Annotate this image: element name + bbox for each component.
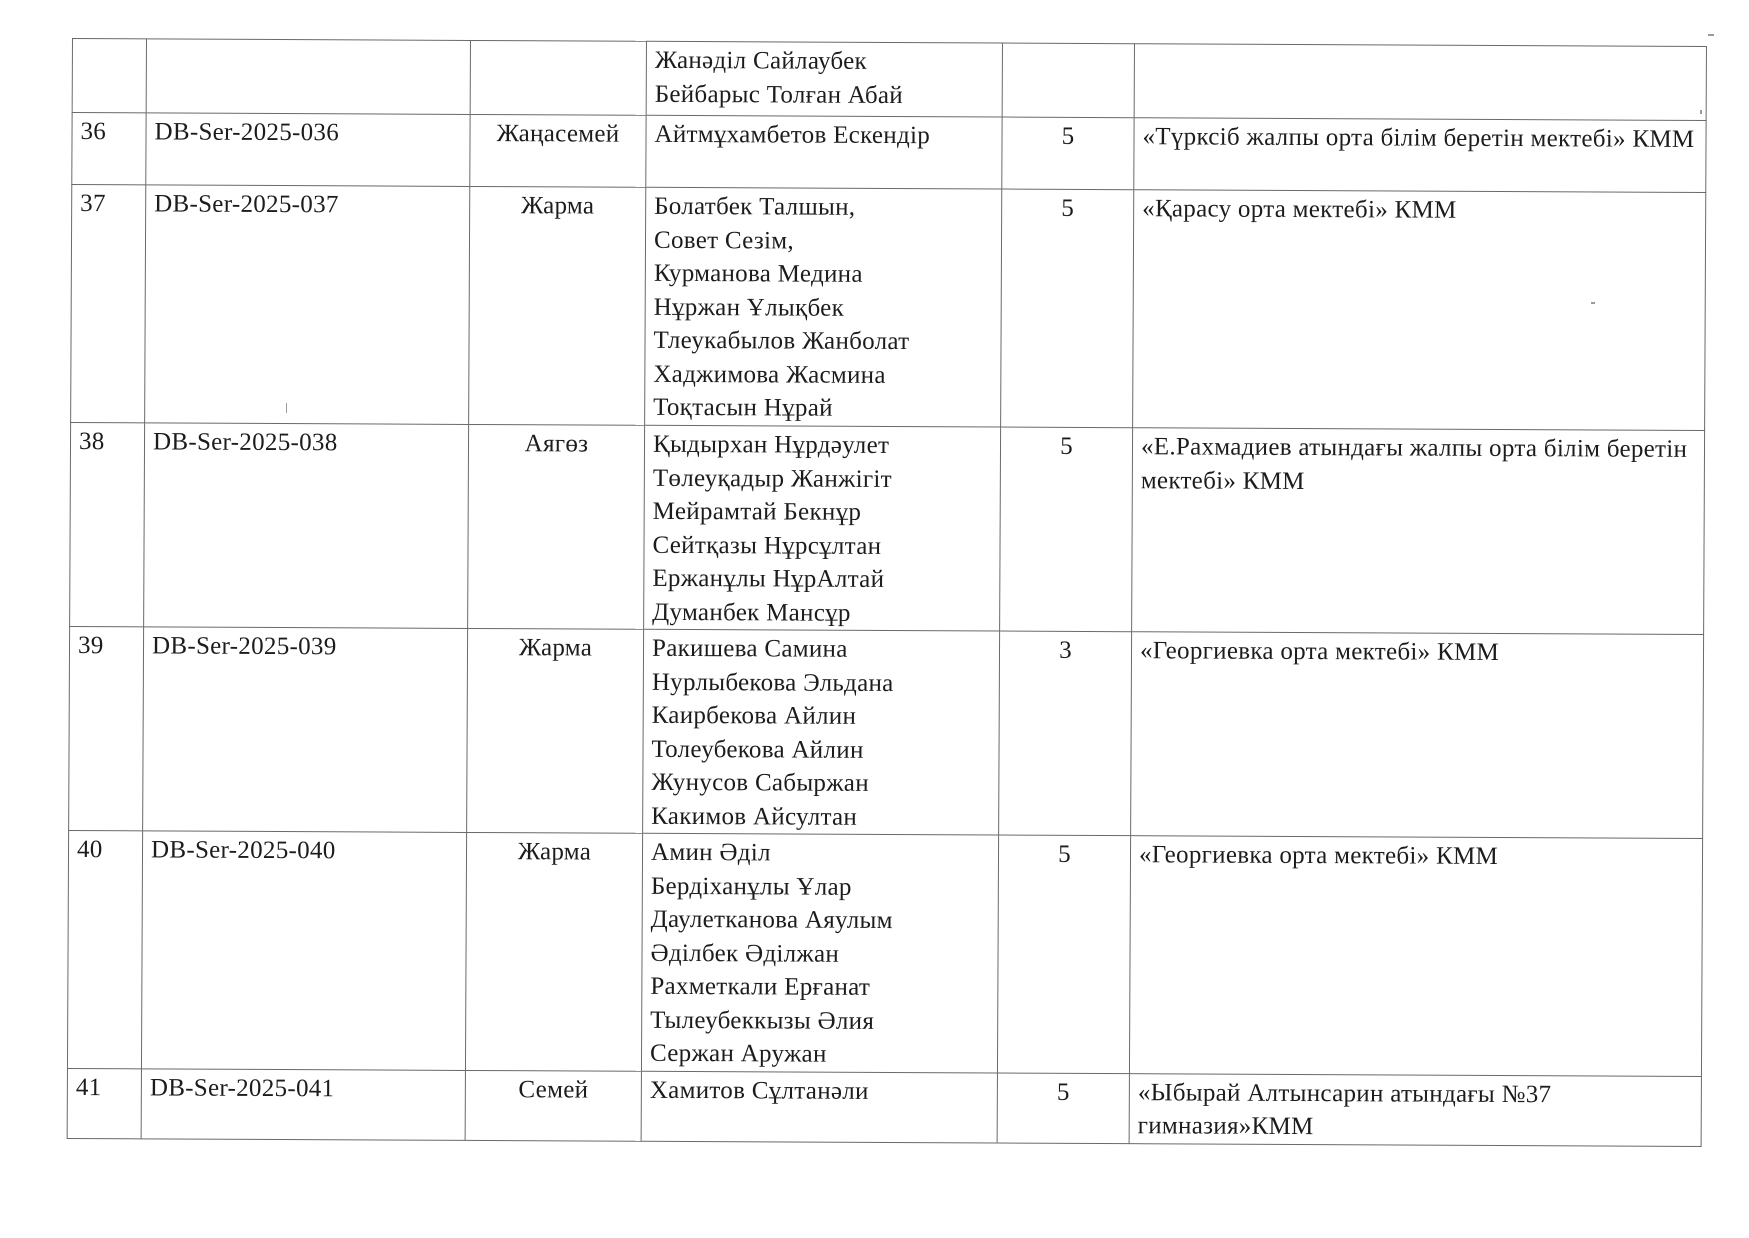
- participant-name: Хамитов Сұлтанәли: [650, 1073, 989, 1108]
- registration-code-cell: [146, 39, 470, 115]
- scan-speck: [286, 403, 287, 413]
- participant-name: Жанәділ Сайлаубек: [655, 44, 994, 79]
- participant-name: Айтмұхамбетов Ескендір: [654, 118, 993, 153]
- participant-name: Бердіханұлы Ұлар: [651, 869, 990, 904]
- participants-cell: Қыдырхан НұрдәулетТөлеуқадыр ЖанжігітМей…: [644, 425, 1001, 631]
- district-cell: Аягөз: [468, 424, 645, 629]
- school-cell: «Георгиевка орта мектебі» КММ: [1131, 632, 1704, 839]
- count-cell: 5: [997, 835, 1130, 1073]
- participant-name: Мейрамтай Бекнұр: [653, 495, 992, 530]
- participant-name: Совет Сезім,: [654, 223, 993, 258]
- table-row: 36DB-Ser-2025-036ЖаңасемейАйтмұхамбетов …: [72, 113, 1706, 193]
- row-number-cell: 37: [71, 185, 146, 423]
- row-number-cell: 38: [70, 422, 145, 626]
- participant-name: Нұржан Ұлықбек: [654, 290, 993, 325]
- row-number-cell: 41: [67, 1068, 141, 1138]
- registration-code-cell: DB-Ser-2025-036: [146, 113, 470, 187]
- table-row: 40DB-Ser-2025-040ЖармаАмин ӘділБердіханұ…: [67, 830, 1702, 1075]
- participant-name: Ракишева Самина: [652, 632, 991, 667]
- participant-name: Даулетканова Аяулым: [651, 903, 990, 938]
- registration-code-cell: DB-Ser-2025-041: [141, 1068, 465, 1140]
- count-cell: [1002, 43, 1134, 118]
- participant-name: Нурлыбекова Эльдана: [652, 665, 991, 700]
- scan-speck: [1700, 110, 1702, 114]
- participant-name: Сержан Аружан: [650, 1037, 989, 1072]
- district-cell: [470, 40, 646, 115]
- participant-name: Тлеукабылов Жанболат: [653, 324, 992, 359]
- participant-name: Жунусов Сабыржан: [651, 766, 990, 801]
- participant-name: Қыдырхан Нұрдәулет: [653, 428, 992, 463]
- participants-cell: Хамитов Сұлтанәли: [641, 1071, 997, 1143]
- row-number-cell: 36: [72, 113, 146, 185]
- participant-name: Толеубекова Айлин: [651, 732, 990, 767]
- row-number-cell: 40: [67, 830, 142, 1068]
- school-cell: «Ыбырай Алтынсарин атындағы №37 гимназия…: [1129, 1073, 1701, 1146]
- school-cell: «Е.Рахмадиев атындағы жалпы орта білім б…: [1132, 428, 1705, 635]
- school-cell: «Қарасу орта мектебі» КММ: [1133, 190, 1706, 431]
- row-number-cell: 39: [69, 626, 144, 830]
- count-cell: 5: [1001, 189, 1134, 428]
- registration-code-cell: DB-Ser-2025-038: [144, 423, 469, 629]
- school-cell: [1134, 44, 1706, 121]
- scanned-page: Жанәділ СайлаубекБейбарыс Толған Абай36D…: [0, 0, 1749, 1238]
- participant-name: Курманова Медина: [654, 257, 993, 292]
- participant-name: Сейтқазы Нұрсұлтан: [652, 528, 991, 563]
- count-cell: 5: [997, 1073, 1129, 1144]
- table-row: 38DB-Ser-2025-038АягөзҚыдырхан Нұрдәулет…: [70, 422, 1705, 634]
- school-cell: «Георгиевка орта мектебі» КММ: [1129, 836, 1702, 1076]
- table-body: Жанәділ СайлаубекБейбарыс Толған Абай36D…: [67, 39, 1706, 1146]
- row-number-cell: [72, 39, 146, 113]
- table-row: Жанәділ СайлаубекБейбарыс Толған Абай: [72, 39, 1706, 121]
- participant-name: Болатбек Талшын,: [654, 190, 993, 225]
- participant-name: Бейбарыс Толған Абай: [655, 77, 994, 112]
- participant-name: Хаджимова Жасмина: [653, 357, 992, 392]
- participant-name: Тоқтасын Нұрай: [653, 391, 992, 426]
- district-cell: Жаңасемей: [470, 114, 646, 187]
- district-cell: Семей: [465, 1070, 641, 1141]
- participants-cell: Ракишева СаминаНурлыбекова ЭльданаКаирбе…: [643, 629, 1000, 835]
- count-cell: 5: [1002, 117, 1134, 190]
- scan-speck: [1591, 302, 1595, 304]
- participant-name: Амин Әділ: [651, 836, 990, 871]
- table-row: 39DB-Ser-2025-039ЖармаРакишева СаминаНур…: [69, 626, 1704, 838]
- participant-name: Думанбек Мансұр: [652, 595, 991, 630]
- scan-speck: [1708, 34, 1714, 36]
- participants-cell: Амин ӘділБердіханұлы ҰларДаулетканова Ая…: [641, 833, 998, 1072]
- participants-table: Жанәділ СайлаубекБейбарыс Толған Абай36D…: [67, 38, 1707, 1146]
- count-cell: 5: [1000, 427, 1133, 632]
- district-cell: Жарма: [465, 832, 642, 1070]
- participant-name: Тылеубеккызы Әлия: [650, 1003, 989, 1038]
- registration-code-cell: DB-Ser-2025-040: [141, 831, 466, 1070]
- participants-cell: Айтмұхамбетов Ескендір: [646, 115, 1002, 189]
- district-cell: Жарма: [469, 186, 646, 425]
- school-cell: «Түрксіб жалпы орта білім беретін мектеб…: [1134, 118, 1706, 193]
- participants-cell: Болатбек Талшын,Совет Сезім,Курманова Ме…: [645, 187, 1002, 427]
- registration-code-cell: DB-Ser-2025-037: [145, 185, 470, 425]
- table-row: 37DB-Ser-2025-037ЖармаБолатбек Талшын,Со…: [71, 185, 1706, 431]
- participants-cell: Жанәділ СайлаубекБейбарыс Толған Абай: [646, 41, 1002, 117]
- count-cell: 3: [999, 631, 1132, 836]
- registration-code-cell: DB-Ser-2025-039: [143, 627, 468, 833]
- participant-name: Какимов Айсултан: [651, 799, 990, 834]
- participant-name: Ержанұлы НұрАлтай: [652, 562, 991, 597]
- participant-name: Каирбекова Айлин: [652, 699, 991, 734]
- district-cell: Жарма: [467, 628, 644, 833]
- table-row: 41DB-Ser-2025-041СемейХамитов Сұлтанәли5…: [67, 1068, 1701, 1146]
- participant-name: Әділбек Әділжан: [650, 936, 989, 971]
- participant-name: Төлеуқадыр Жанжігіт: [653, 461, 992, 496]
- participant-name: Рахметкали Ерғанат: [650, 970, 989, 1005]
